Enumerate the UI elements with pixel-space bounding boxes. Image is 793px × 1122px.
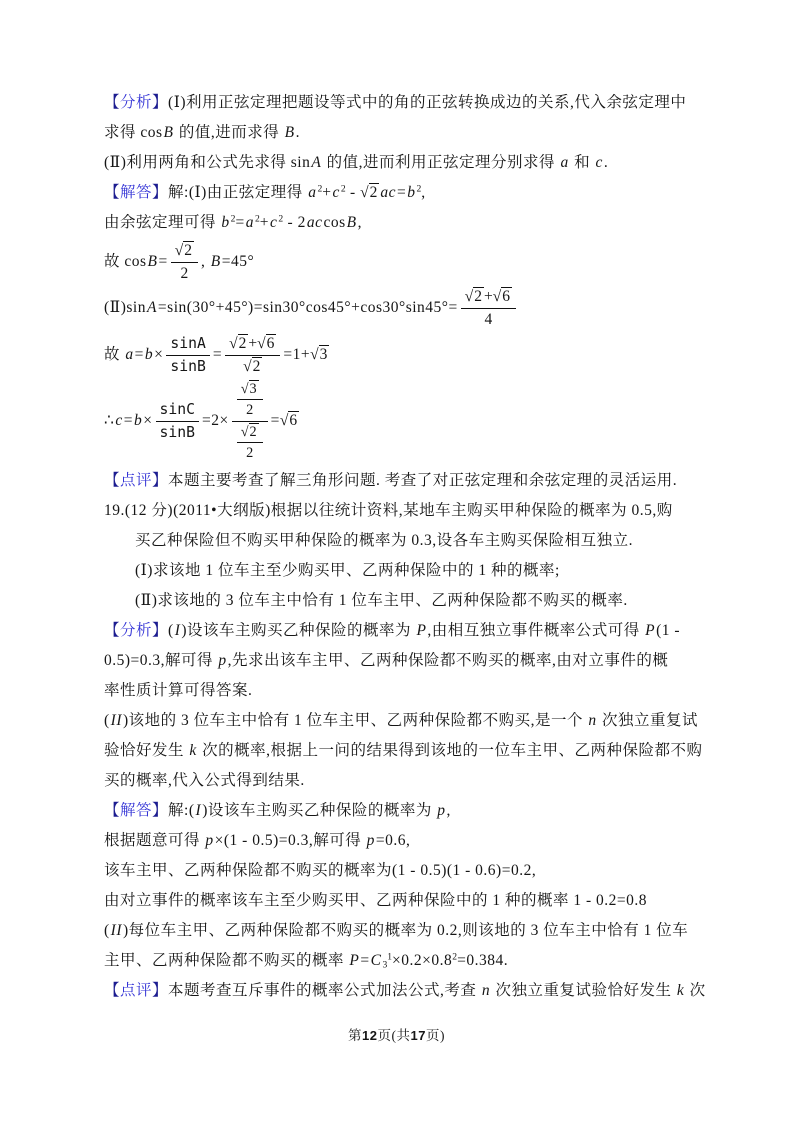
p19-solution-line2: 根据题意可得 p×(1 - 0.5)=0.3,解可得 p=0.6, bbox=[104, 826, 689, 856]
p19-analysis-line2: 0.5)=0.3,解可得 p,先求出该车主甲、乙两种保险都不购买的概率,由对立事… bbox=[104, 646, 689, 676]
p19-question-1: (Ⅰ)求该地 1 位车主至少购买甲、乙两种保险中的 1 种的概率; bbox=[135, 556, 689, 586]
p18-solution-line3: 故 cosB=√22, B=45° bbox=[104, 241, 689, 284]
p19-analysis-line6: 买的概率,代入公式得到结果. bbox=[104, 766, 689, 796]
p18-comment-line: 【点评】本题主要考查了解三角形问题. 考查了对正弦定理和余弦定理的灵活运用. bbox=[104, 466, 689, 496]
p18-solution-line5: 故 a=b×sinAsinB=√2+√6√2=1+√3 bbox=[104, 334, 689, 377]
p19-question-2: (Ⅱ)求该地的 3 位车主中恰有 1 位车主甲、乙两种保险都不购买的概率. bbox=[135, 586, 689, 616]
p19-analysis-line4: (II)该地的 3 位车主中恰有 1 位车主甲、乙两种保险都不购买,是一个 n … bbox=[104, 706, 689, 736]
p18-solution-line2: 由余弦定理可得 b2=a2+c2 - 2accosB, bbox=[104, 208, 689, 238]
p19-solution-line3: 该车主甲、乙两种保险都不购买的概率为(1 - 0.5)(1 - 0.6)=0.2… bbox=[104, 856, 689, 886]
p19-solution-line1: 【解答】解:(I)设该车主购买乙种保险的概率为 p, bbox=[104, 796, 689, 826]
p18-solution-line6: ∴c=b×sinCsinB=2×√32√22=√6 bbox=[104, 380, 689, 463]
p19-solution-line4: 由对立事件的概率该车主至少购买甲、乙两种保险中的 1 种的概率 1 - 0.2=… bbox=[104, 886, 689, 916]
p19-stem-line1: 19.(12 分)(2011•大纲版)根据以往统计资料,某地车主购买甲种保险的概… bbox=[104, 496, 689, 526]
p19-analysis-line5: 验恰好发生 k 次的概率,根据上一问的结果得到该地的一位车主甲、乙两种保险都不购 bbox=[104, 736, 689, 766]
document-page: 【分析】(Ⅰ)利用正弦定理把题设等式中的角的正弦转换成边的关系,代入余弦定理中 … bbox=[0, 0, 793, 1122]
document-content: 【分析】(Ⅰ)利用正弦定理把题设等式中的角的正弦转换成边的关系,代入余弦定理中 … bbox=[104, 88, 689, 1006]
p18-analysis-line1: 【分析】(Ⅰ)利用正弦定理把题设等式中的角的正弦转换成边的关系,代入余弦定理中 bbox=[104, 88, 689, 118]
p18-analysis-line2: 求得 cosB 的值,进而求得 B. bbox=[104, 118, 689, 148]
page-footer: 第12页(共17页) bbox=[0, 1024, 793, 1044]
p18-solution-line1: 【解答】解:(Ⅰ)由正弦定理得 a2+c2 - √2ac=b2, bbox=[104, 178, 689, 208]
p19-solution-line5: (II)每位车主甲、乙两种保险都不购买的概率为 0.2,则该地的 3 位车主中恰… bbox=[104, 916, 689, 946]
p18-analysis-line3: (Ⅱ)利用两角和公式先求得 sinA 的值,进而利用正弦定理分别求得 a 和 c… bbox=[104, 148, 689, 178]
p19-analysis-line3: 率性质计算可得答案. bbox=[104, 676, 689, 706]
p19-solution-line6: 主甲、乙两种保险都不购买的概率 P=C31×0.2×0.82=0.384. bbox=[104, 946, 689, 976]
p18-solution-line4: (Ⅱ)sinA=sin(30°+45°)=sin30°cos45°+cos30°… bbox=[104, 287, 689, 330]
p19-comment-line: 【点评】本题考查互斥事件的概率公式加法公式,考查 n 次独立重复试验恰好发生 k… bbox=[104, 976, 689, 1006]
p19-stem-line2: 买乙种保险但不购买甲种保险的概率为 0.3,设各车主购买保险相互独立. bbox=[135, 526, 689, 556]
p19-analysis-line1: 【分析】(I)设该车主购买乙种保险的概率为 P,由相互独立事件概率公式可得 P(… bbox=[104, 616, 689, 646]
